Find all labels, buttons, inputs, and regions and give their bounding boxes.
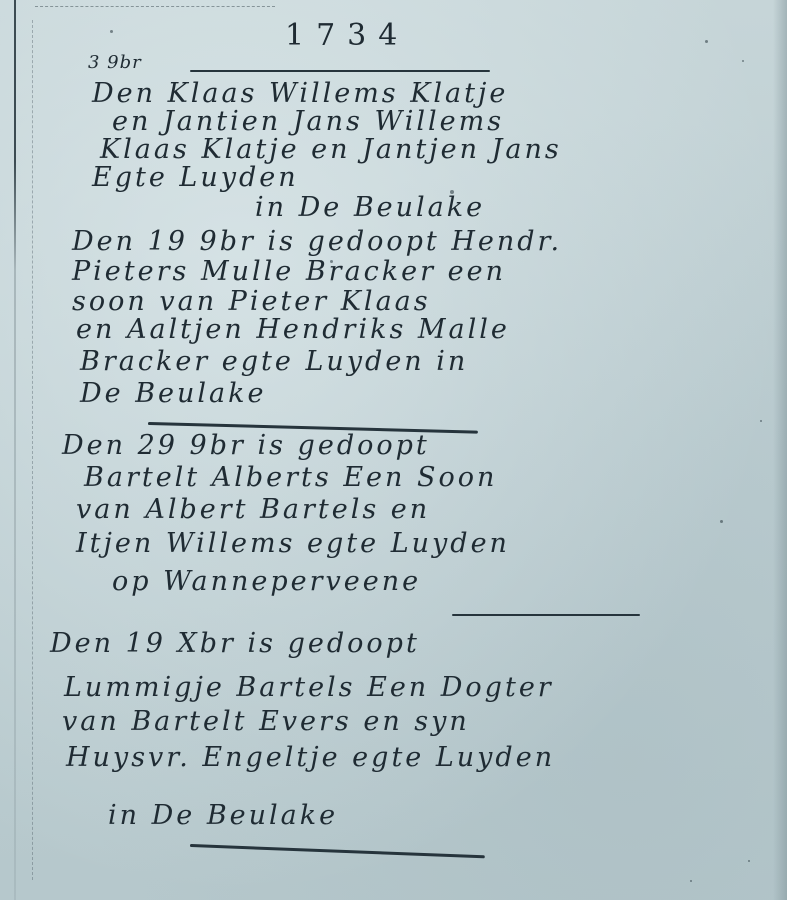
paper-speck: [705, 40, 708, 43]
year-heading: 1734: [285, 18, 409, 53]
paper-speck: [760, 420, 762, 422]
entry-2-line-3: soon van Pieter Klaas: [72, 286, 431, 317]
entry-4-line-1: Den 19 Xbr is gedoopt: [50, 628, 420, 659]
entry-1-line-2: en Jantien Jans Willems: [112, 106, 504, 137]
entry-2-line-6: De Beulake: [80, 378, 267, 409]
left-margin-faint-rule: [32, 20, 34, 880]
paper-speck: [748, 860, 750, 862]
manuscript-page: 1734 3 9br Den Klaas Willems Klatje en J…: [0, 0, 787, 900]
entry-2-line-5: Bracker egte Luyden in: [80, 346, 468, 377]
entry-3-divider: [452, 614, 640, 616]
entry-2-line-1: Den 19 9br is gedoopt Hendr.: [72, 226, 562, 257]
margin-date-note: 3 9br: [88, 52, 142, 73]
entry-3-line-4: Itjen Willems egte Luyden: [76, 528, 510, 559]
entry-4-line-5: in De Beulake: [108, 800, 338, 831]
entry-4-line-2: Lummigje Bartels Een Dogter: [64, 672, 554, 703]
top-faint-rule: [35, 6, 275, 8]
entry-3-line-2: Bartelt Alberts Een Soon: [84, 462, 497, 493]
entry-4-line-3: van Bartelt Evers en syn: [62, 706, 470, 737]
paper-speck: [720, 520, 723, 523]
paper-speck: [330, 260, 333, 263]
page-edge-shadow: [773, 0, 787, 900]
entry-3-line-1: Den 29 9br is gedoopt: [62, 430, 430, 461]
page-end-divider: [190, 844, 485, 858]
paper-speck: [450, 190, 454, 194]
paper-speck: [742, 60, 744, 62]
entry-1-line-5: in De Beulake: [255, 192, 485, 223]
entry-2-line-4: en Aaltjen Hendriks Malle: [76, 314, 510, 345]
paper-speck: [690, 880, 692, 882]
entry-1-line-4: Egte Luyden: [92, 162, 299, 193]
entry-3-line-5: op Wanneperveene: [112, 566, 421, 597]
left-margin-rule: [14, 0, 16, 900]
entry-3-line-3: van Albert Bartels en: [76, 494, 430, 525]
entry-1-line-3: Klaas Klatje en Jantjen Jans: [100, 134, 562, 165]
entry-2-line-2: Pieters Mulle Bracker een: [72, 256, 506, 287]
paper-speck: [110, 30, 113, 33]
entry-4-line-4: Huysvr. Engeltje egte Luyden: [66, 742, 555, 773]
entry-1-line-1: Den Klaas Willems Klatje: [92, 78, 508, 109]
header-underline: [190, 70, 490, 72]
